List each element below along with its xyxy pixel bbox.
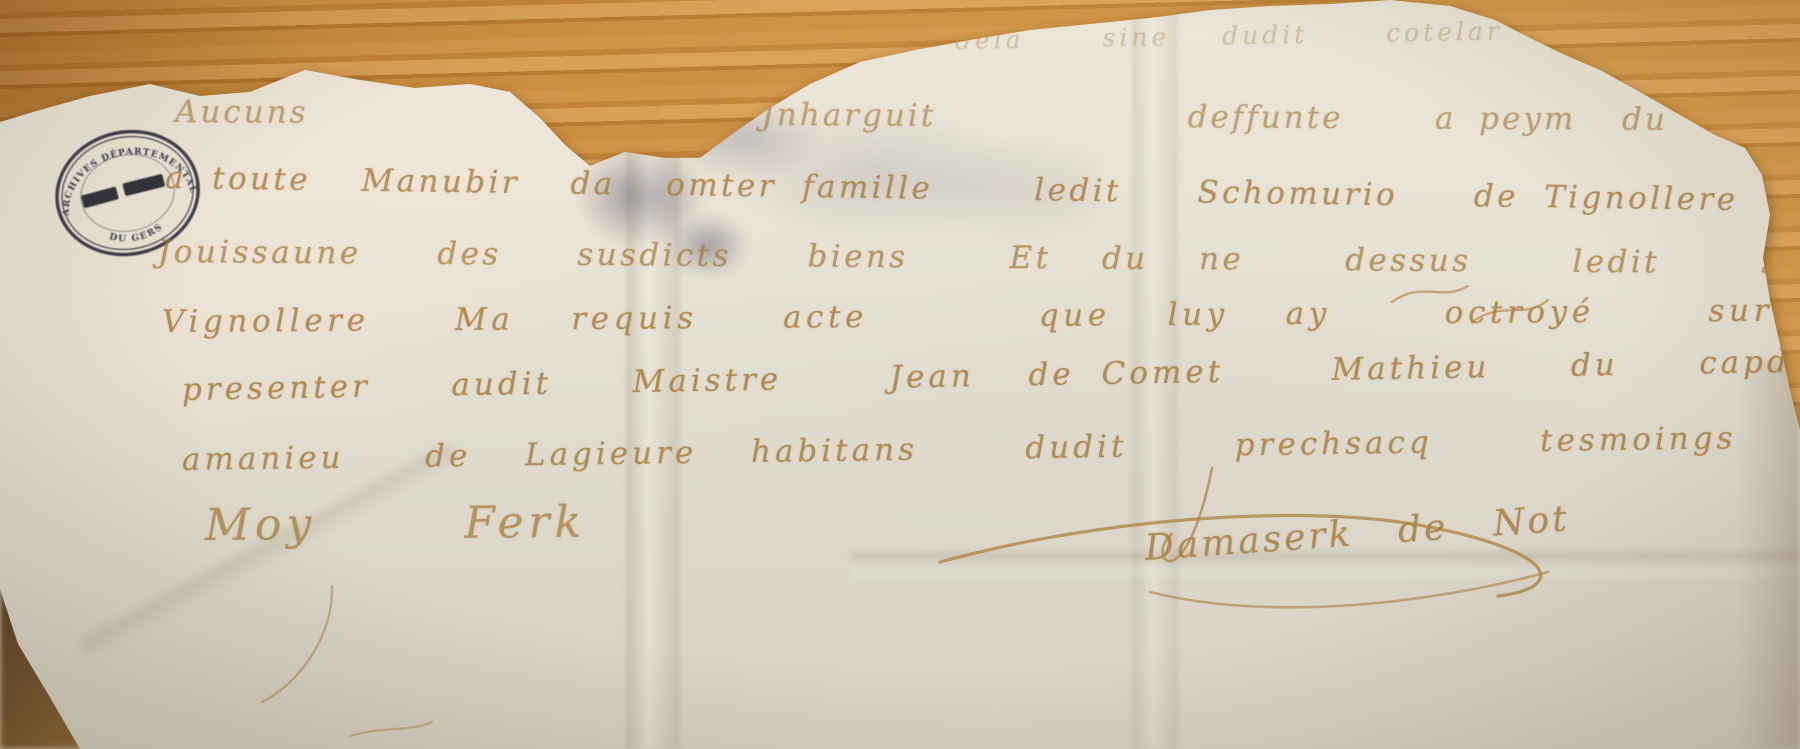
fold-crease-left [626,130,680,749]
signature-underline-flourish [940,515,1541,596]
parchment-sheet: ARCHIVES DÉPARTEMENTALES DU GERS dela si… [0,0,1800,749]
horizontal-crease [850,552,1800,582]
manuscript-line-6: amanieu de Lagieure habitans dudit prech… [182,415,1800,478]
manuscript-top-fragment: dela sine dudit cotelar [955,16,1503,55]
stamp-rim-bottom-text: DU GERS [106,221,166,249]
signature-tail-flourish [1150,572,1548,607]
svg-text:DU GERS: DU GERS [106,221,166,249]
line4-end-squiggle [1392,286,1548,322]
bottom-ink-mark [350,722,432,736]
manuscript-line-2: a toute Manubir da omter famille ledit S… [165,160,1800,223]
manuscript-line-4: Vignollere Ma requis acte que luy ay oct… [162,291,1800,340]
ink-stain [540,78,1100,293]
manuscript-line-3: Jouissaune des susdicts biens Et du ne d… [158,234,1800,285]
parchment-shadow-wrap: ARCHIVES DÉPARTEMENTALES DU GERS dela si… [0,0,1800,749]
manuscript-line-1: Aucuns fait Jnharguit deffunte a peym du… [175,94,1800,140]
notary-signature: Damaserk de Not [1144,498,1571,569]
manuscript-line-5: presenter audit Maistre Jean de Comet Ma… [182,337,1800,408]
stamp-center-block-left [81,186,119,208]
long-descender-stroke [1162,468,1212,561]
fold-crease-right [1132,10,1178,749]
diagonal-wrinkle [78,443,461,663]
archive-stamp: ARCHIVES DÉPARTEMENTALES DU GERS [39,112,216,279]
closing-descender-flourish [262,586,332,702]
stamp-center-block-right [122,174,165,197]
pen-flourishes [0,0,1800,749]
photo-of-parchment-document: ARCHIVES DÉPARTEMENTALES DU GERS dela si… [0,0,1800,749]
manuscript-closing-line: Moy Ferk [205,497,587,551]
right-edge-shadow [1738,360,1800,749]
